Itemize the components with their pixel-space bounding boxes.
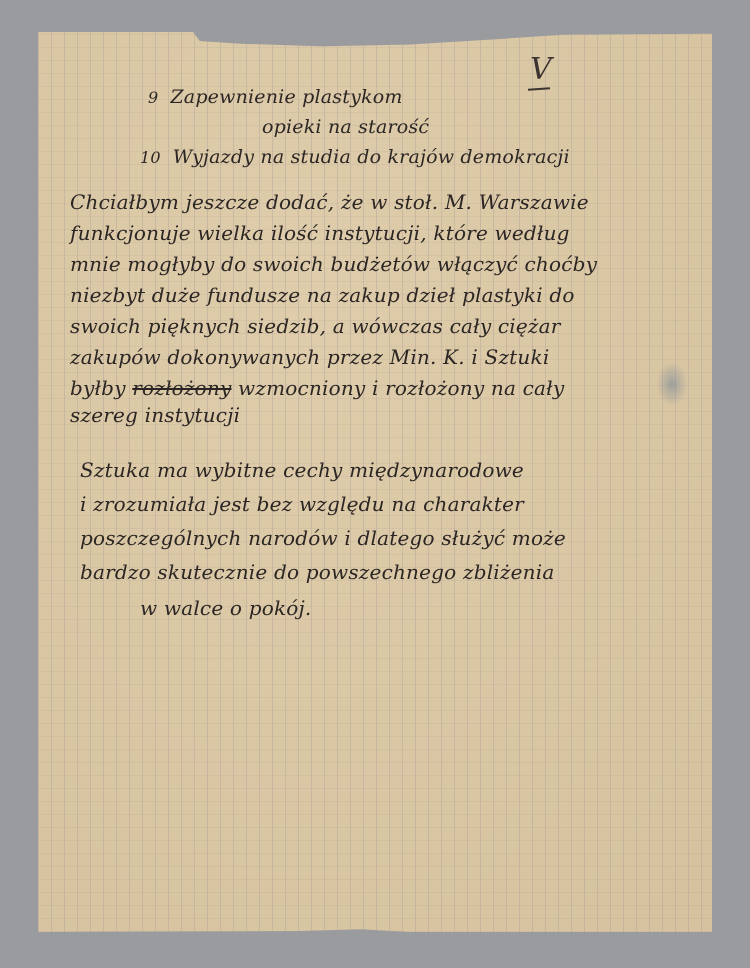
paragraph-1-line-5: swoich pięknych siedzib, a wówczas cały … [70,314,561,338]
line-prefix: byłby [70,376,126,400]
list-item-number: 9 [148,88,158,107]
paragraph-2-line-5: w walce o pokój. [140,596,311,620]
paragraph-2-line-2: i zrozumiała jest bez względu na charakt… [80,492,524,516]
line-suffix: wzmocniony i rozłożony na cały [238,376,564,400]
list-item-text: Zapewnienie plastykom [170,86,402,108]
list-item-9: 9Zapewnienie plastykom [148,86,403,108]
list-item-text: Wyjazdy na studia do krajów demokracji [173,146,570,168]
list-item-10: 10Wyjazdy na studia do krajów demokracji [140,146,570,168]
paragraph-2-line-1: Sztuka ma wybitne cechy międzynarodowe [80,458,524,482]
list-item-9-continued: opieki na starość [262,116,429,138]
list-item-number: 10 [140,148,161,167]
paragraph-2-line-4: bardzo skutecznie do powszechnego zbliże… [80,560,554,584]
paragraph-1-line-3: mnie mogłyby do swoich budżetów włączyć … [70,252,597,276]
paragraph-1-line-7: byłby rozłożony wzmocniony i rozłożony n… [70,376,564,400]
paragraph-1-line-6: zakupów dokonywanych przez Min. K. i Szt… [70,345,549,369]
paragraph-1-line-8: szereg instytucji [70,403,240,427]
struck-word: rozłożony [132,376,231,400]
ink-smudge [656,362,688,406]
page-number-roman: V [530,52,552,87]
paragraph-1-line-2: funkcjonuje wielka ilość instytucji, któ… [70,221,570,245]
paragraph-1-line-4: niezbyt duże fundusze na zakup dzieł pla… [70,283,575,307]
paragraph-1-line-1: Chciałbym jeszcze dodać, że w stoł. M. W… [70,190,589,214]
paragraph-2-line-3: poszczególnych narodów i dlatego służyć … [80,526,566,550]
list-item-text: opieki na starość [262,116,429,138]
